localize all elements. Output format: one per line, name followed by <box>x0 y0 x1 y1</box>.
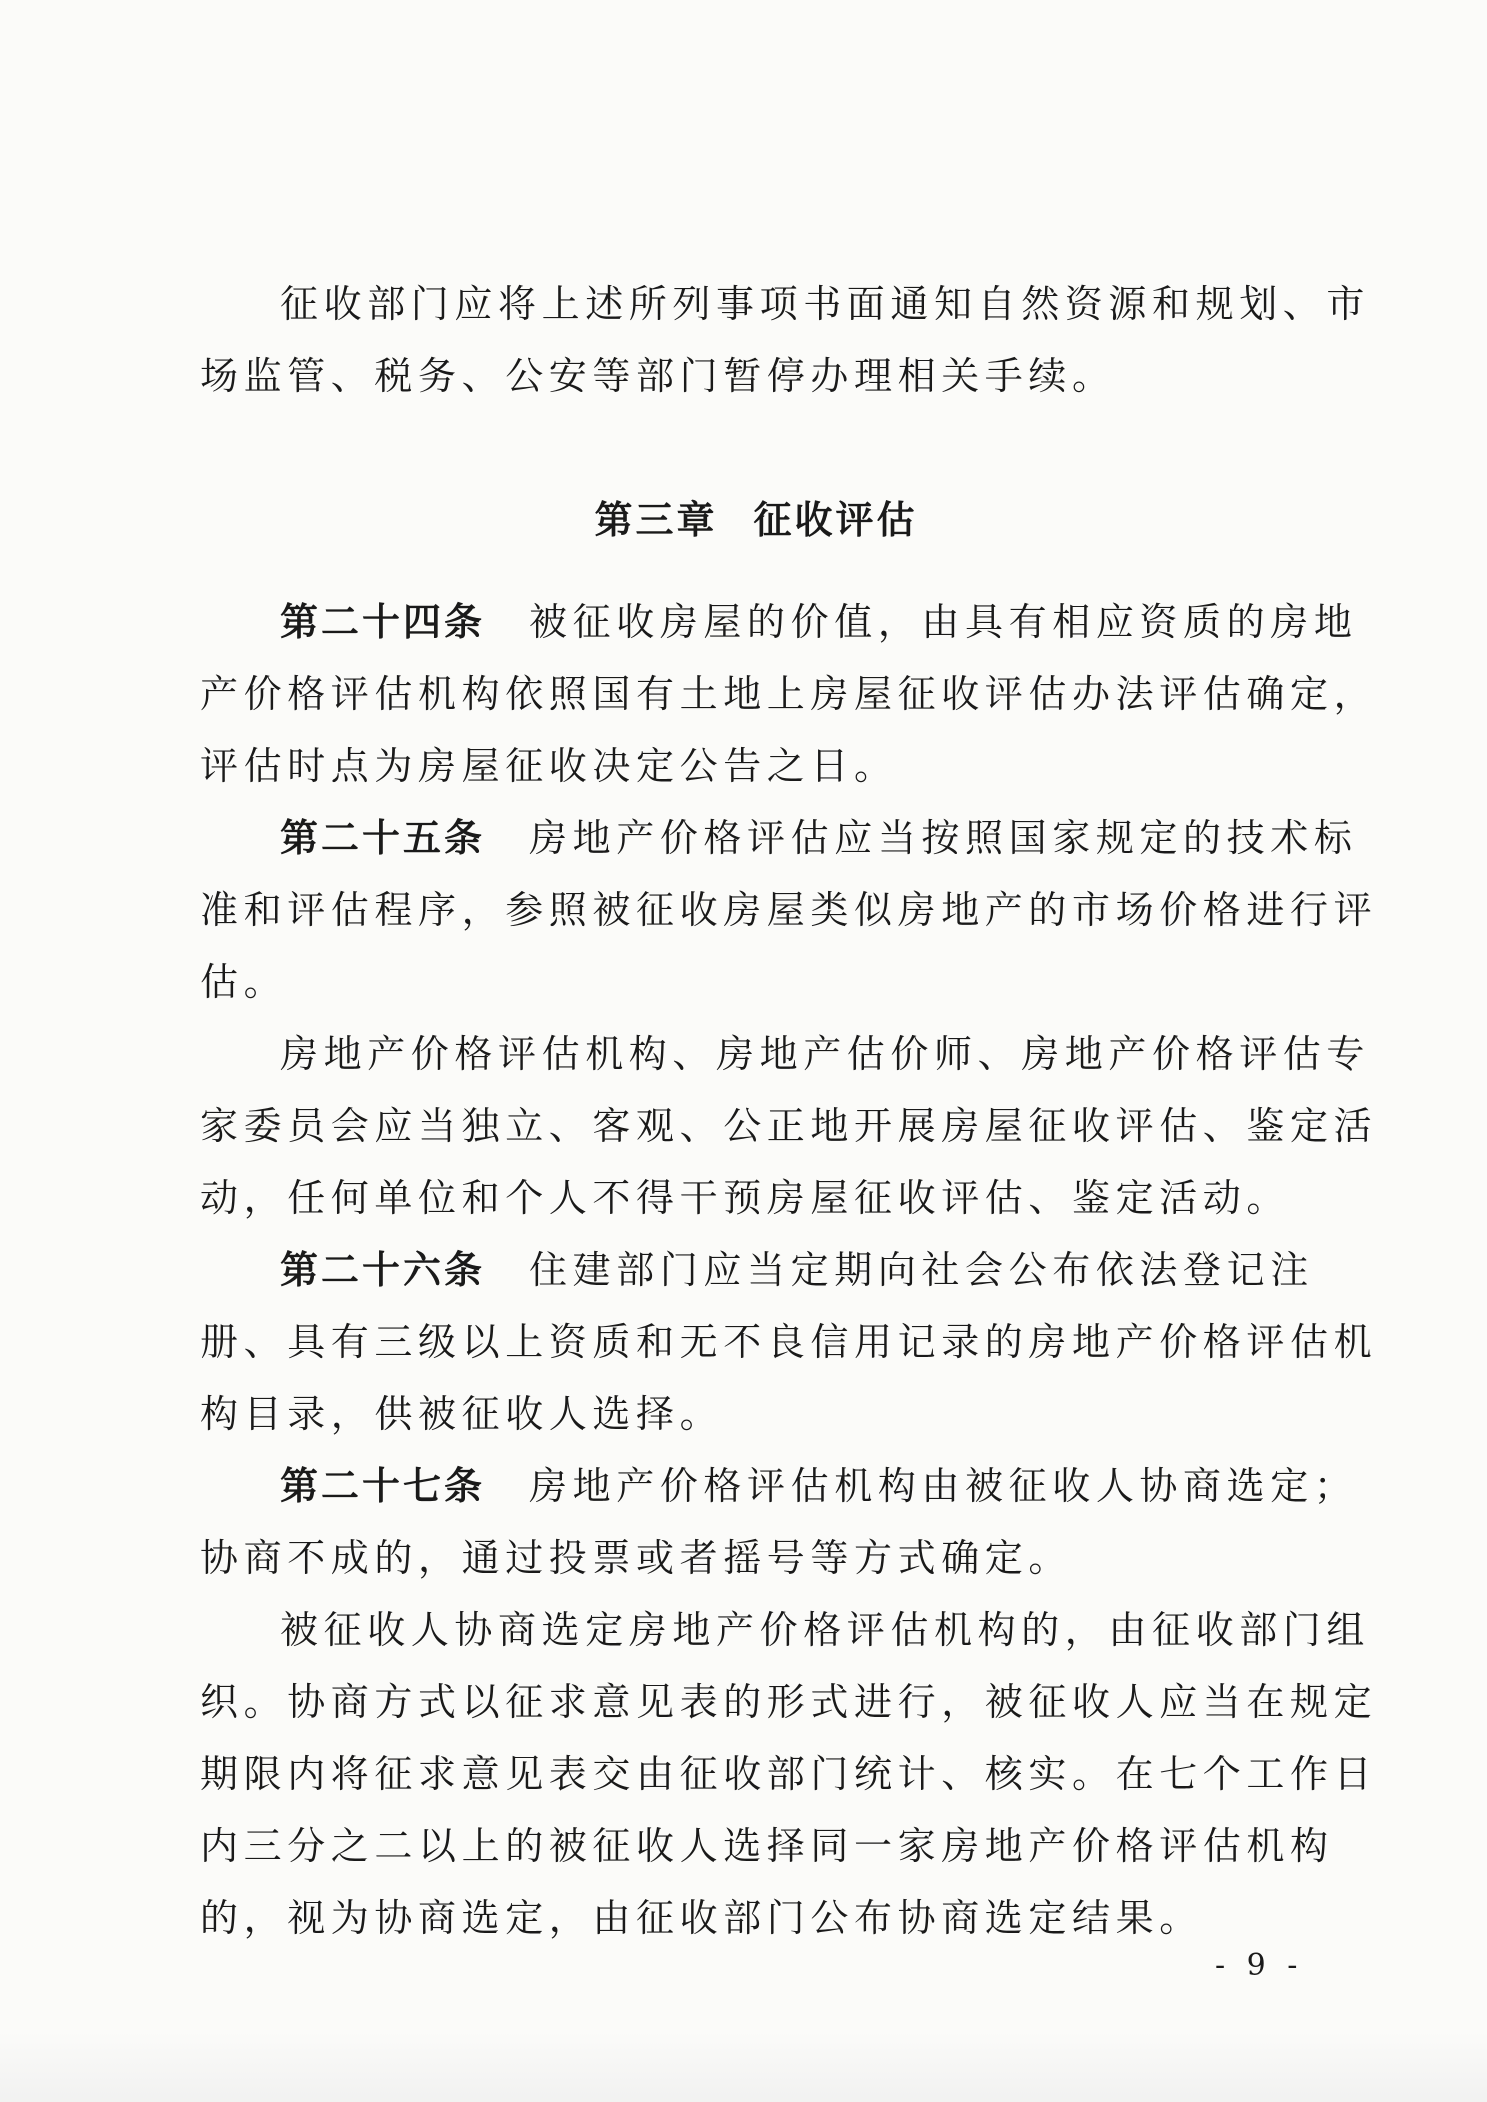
article-24-line: 第二十四条被征收房屋的价值，由具有相应资质的房地 <box>280 600 1357 644</box>
article-26-line: 第二十六条住建部门应当定期向社会公布依法登记注 <box>280 1248 1314 1292</box>
chapter-title: 征收评估 <box>754 498 918 542</box>
scan-edge-shadow <box>0 2032 1487 2102</box>
article-27-extra-line: 期限内将征求意见表交由征收部门统计、核实。在七个工作日 <box>200 1752 1377 1796</box>
article-27-extra-line: 被征收人协商选定房地产价格评估机构的，由征收部门组 <box>280 1608 1370 1652</box>
article-24-line: 评估时点为房屋征收决定公告之日。 <box>200 744 898 788</box>
article-label: 第二十七条 <box>280 1464 485 1508</box>
chapter-heading: 第三章征收评估 <box>200 498 1312 542</box>
article-25-line: 估。 <box>200 960 287 1004</box>
article-label: 第二十四条 <box>280 600 485 644</box>
article-25-extra-line: 房地产价格评估机构、房地产估价师、房地产价格评估专 <box>280 1032 1370 1076</box>
article-25-line: 准和评估程序，参照被征收房屋类似房地产的市场价格进行评 <box>200 888 1377 932</box>
article-26-line: 册、具有三级以上资质和无不良信用记录的房地产价格评估机 <box>200 1320 1377 1364</box>
article-27-line: 协商不成的，通过投票或者摇号等方式确定。 <box>200 1536 1072 1580</box>
article-26-line: 构目录，供被征收人选择。 <box>200 1392 723 1436</box>
article-27-extra-line: 织。协商方式以征求意见表的形式进行，被征收人应当在规定 <box>200 1680 1377 1724</box>
article-25-extra-line: 动，任何单位和个人不得干预房屋征收评估、鉴定活动。 <box>200 1176 1290 1220</box>
chapter-number: 第三章 <box>594 498 717 542</box>
article-27-line: 第二十七条房地产价格评估机构由被征收人协商选定； <box>280 1464 1357 1508</box>
paragraph-line: 征收部门应将上述所列事项书面通知自然资源和规划、市 <box>280 282 1370 326</box>
article-label: 第二十六条 <box>280 1248 485 1292</box>
paragraph-line: 场监管、税务、公安等部门暂停办理相关手续。 <box>200 354 1116 398</box>
article-24-line: 产价格评估机构依照国有土地上房屋征收评估办法评估确定， <box>200 672 1377 716</box>
article-27-extra-line: 的，视为协商选定，由征收部门公布协商选定结果。 <box>200 1896 1203 1940</box>
article-25-extra-line: 家委员会应当独立、客观、公正地开展房屋征收评估、鉴定活 <box>200 1104 1377 1148</box>
page-number: - 9 - <box>1215 1948 1303 1983</box>
article-27-extra-line: 内三分之二以上的被征收人选择同一家房地产价格评估机构 <box>200 1824 1334 1868</box>
article-25-line: 第二十五条房地产价格评估应当按照国家规定的技术标 <box>280 816 1357 860</box>
article-label: 第二十五条 <box>280 816 485 860</box>
